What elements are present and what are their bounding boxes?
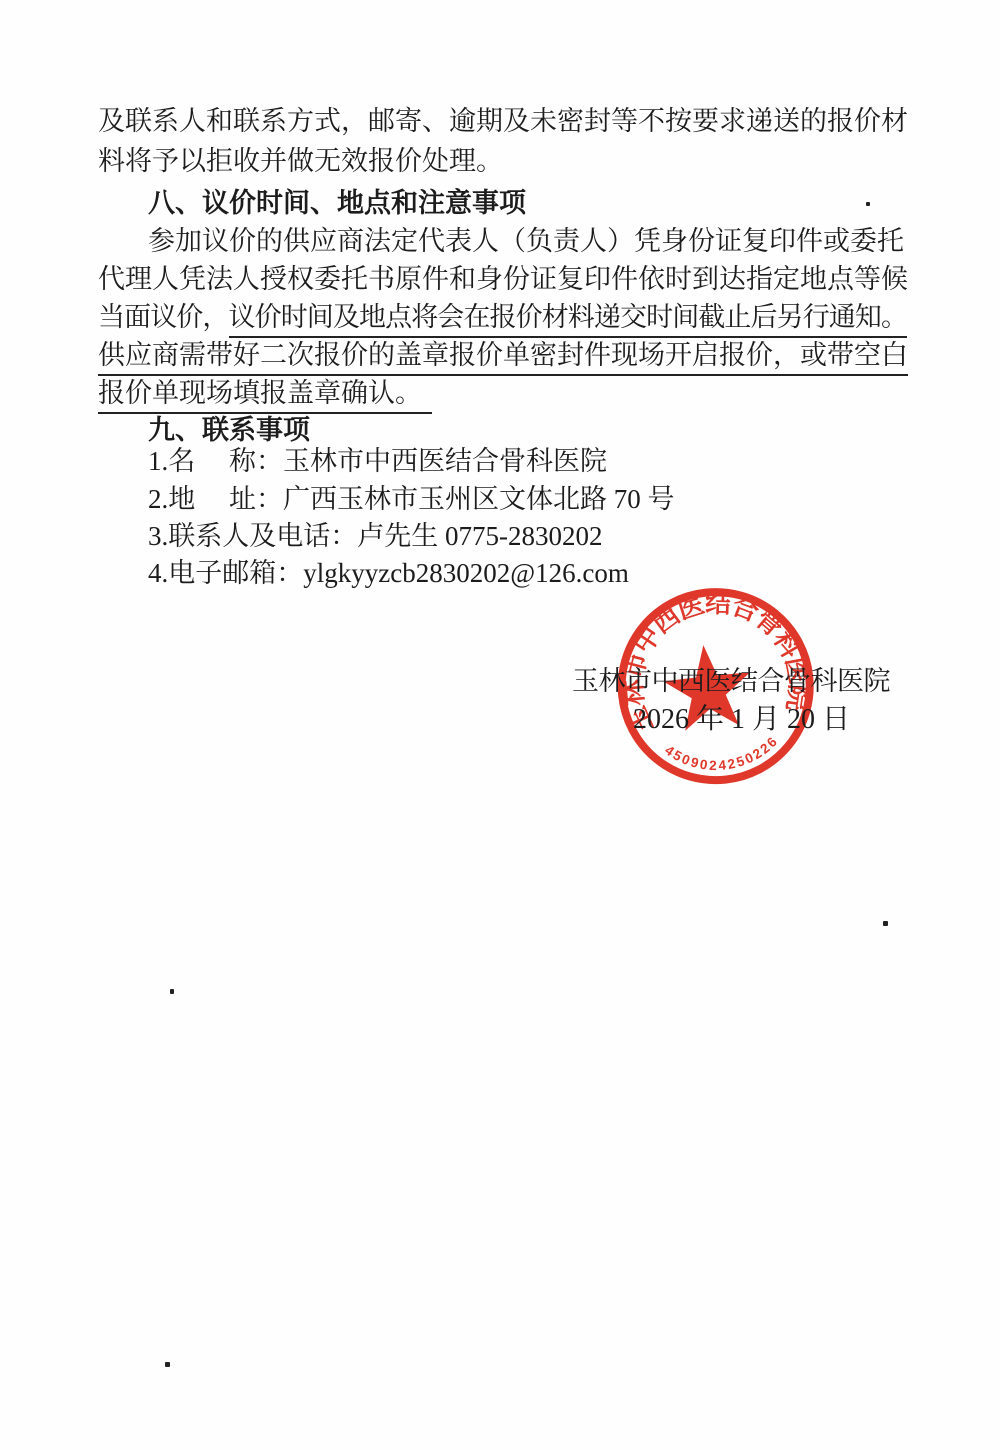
body-line-8-underlined: 报价单现场填报盖章确认。 [98,378,432,414]
body-line-8: 报价单现场填报盖章确认。 [98,380,432,407]
body-line-5: 代理人凭法人授权委托书原件和身份证复印件依时到达指定地点等候 [98,266,908,293]
contact-item-phone: 3.联系人及电话：卢先生 0775-2830202 [148,523,603,550]
body-line-1: 及联系人和联系方式，邮寄、逾期及未密封等不按要求递送的报价材 [98,108,908,135]
contact-item-email: 4.电子邮箱：ylgkyyzcb2830202@126.com [148,560,629,587]
body-line-6-plain: 当面议价， [98,302,229,332]
signature-organization: 玉林市中西医结合骨科医院 [572,668,890,695]
section-8-heading: 八、议价时间、地点和注意事项 [148,190,526,217]
contact-item-name: 1.名 称：玉林市中西医结合骨科医院 [148,448,607,475]
ink-speck [170,989,174,994]
body-line-2: 料将予以拒收并做无效报价处理。 [98,148,503,175]
signature-date: 2026 年 1 月 20 日 [633,706,850,734]
body-line-6-underlined: 议价时间及地点将会在报价材料递交时间截止后另行通知。 [229,302,908,338]
ink-speck [866,202,870,206]
contact-item-address: 2.地 址：广西玉林市玉州区文体北路 70 号 [148,486,675,513]
document-page: 及联系人和联系方式，邮寄、逾期及未密封等不按要求递送的报价材 料将予以拒收并做无… [0,0,1000,1450]
ink-speck [165,1362,170,1367]
body-line-7: 供应商需带好二次报价的盖章报价单密封件现场开启报价，或带空白 [98,342,908,369]
ink-speck [883,921,888,926]
body-line-7-underlined: 供应商需带好二次报价的盖章报价单密封件现场开启报价，或带空白 [98,340,908,376]
body-line-6: 当面议价，议价时间及地点将会在报价材料递交时间截止后另行通知。 [98,304,907,331]
body-line-4: 参加议价的供应商法定代表人（负责人）凭身份证复印件或委托 [148,228,904,255]
section-9-heading: 九、联系事项 [148,417,310,444]
